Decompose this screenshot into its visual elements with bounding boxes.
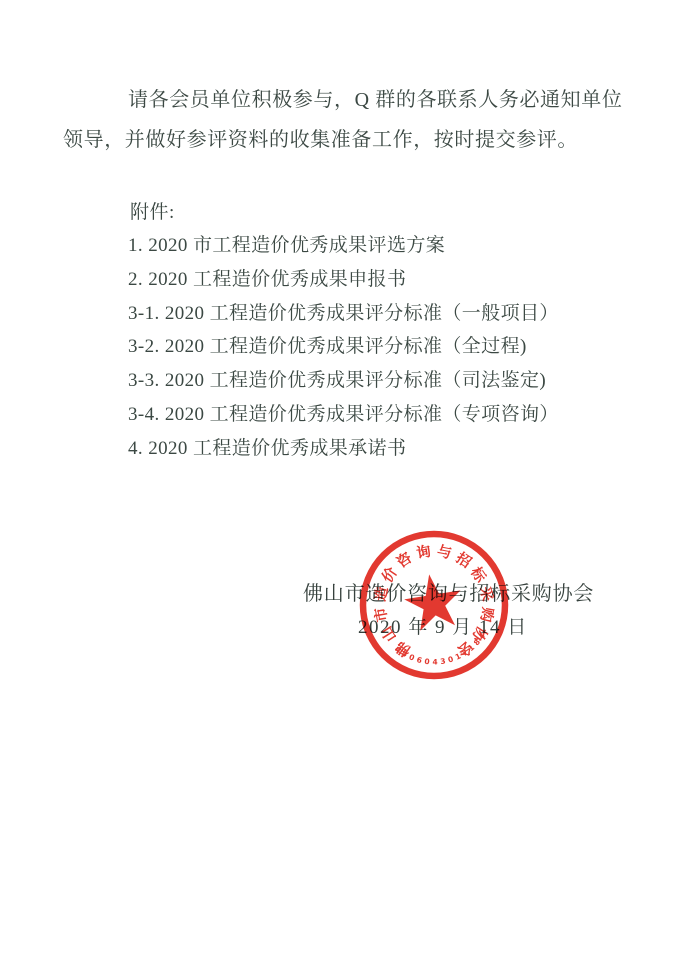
seal-number-digit: 0 <box>447 654 455 664</box>
seal-arc-char: 招 <box>453 548 475 571</box>
attachment-item-2: 2. 2020 工程造价优秀成果申报书 <box>128 263 559 297</box>
attachment-item-3-1: 3-1. 2020 工程造价优秀成果评分标准（一般项目） <box>128 297 559 331</box>
paragraph-line-2: 领导，并做好参评资料的收集准备工作，按时提交参评。 <box>63 120 622 160</box>
seal-arc-char: 造 <box>372 585 392 603</box>
seal-arc-char: 价 <box>378 563 401 586</box>
attachment-item-1: 1. 2020 市工程造价优秀成果评选方案 <box>128 229 559 263</box>
seal-graphic: 佛 山 市 造 价 咨 询 与 招 标 采 购 协 会 4 4 0 6 0 <box>349 520 519 690</box>
seal-arc-char: 咨 <box>393 548 416 571</box>
seal-arc-char: 山 <box>378 623 400 644</box>
body-paragraph: 请各会员单位积极参与，Q 群的各联系人务必通知单位 领导，并做好参评资料的收集准… <box>63 80 622 160</box>
seal-star-group <box>401 570 466 633</box>
seal-arc-char: 市 <box>371 606 391 624</box>
seal-arc-char: 采 <box>476 585 497 603</box>
seal-number-digit: 0 <box>424 657 430 667</box>
attachment-item-3-4: 3-4. 2020 工程造价优秀成果评分标准（专项咨询） <box>128 398 559 432</box>
attachment-item-4: 4. 2020 工程造价优秀成果承诺书 <box>128 432 559 466</box>
attachments-label: 附件: <box>130 197 175 224</box>
seal-arc-char: 购 <box>477 606 497 624</box>
document-page: 请各会员单位积极参与，Q 群的各联系人务必通知单位 领导，并做好参评资料的收集准… <box>0 0 680 962</box>
seal-arc-char: 询 <box>415 542 433 563</box>
seal-number-digit: 4 <box>432 657 437 666</box>
seal-number-digit: 3 <box>440 656 447 666</box>
seal-number-digit: 6 <box>416 655 423 665</box>
seal-star-icon <box>401 570 466 633</box>
seal-arc-char: 与 <box>436 542 454 562</box>
seal-arc-char: 标 <box>467 563 490 586</box>
attachment-item-3-3: 3-3. 2020 工程造价优秀成果评分标准（司法鉴定) <box>128 364 559 398</box>
official-seal-stamp: 佛 山 市 造 价 咨 询 与 招 标 采 购 协 会 4 4 0 6 0 <box>349 520 519 690</box>
attachment-item-3-2: 3-2. 2020 工程造价优秀成果评分标准（全过程) <box>128 330 559 364</box>
paragraph-line-1: 请各会员单位积极参与，Q 群的各联系人务必通知单位 <box>63 80 622 120</box>
attachments-list: 1. 2020 市工程造价优秀成果评选方案 2. 2020 工程造价优秀成果申报… <box>128 229 559 466</box>
